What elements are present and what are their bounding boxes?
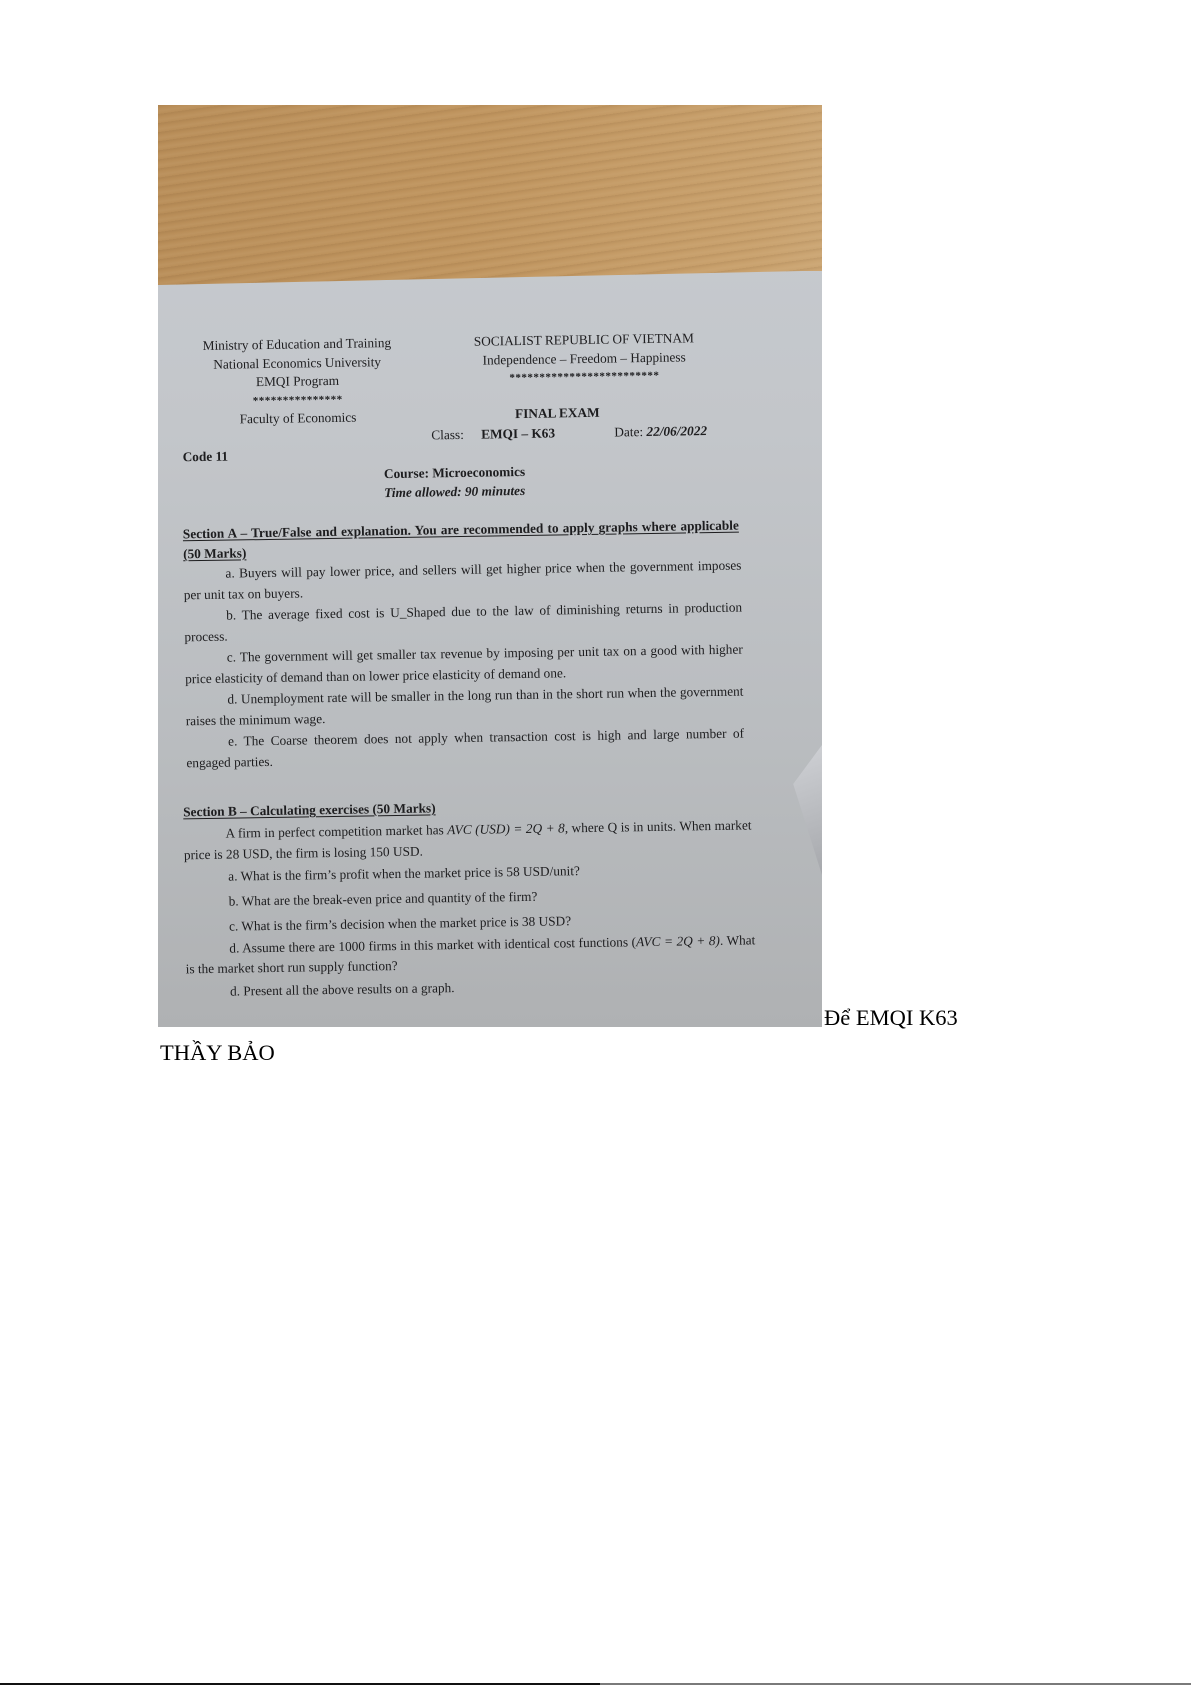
section-a-item: e. The Coarse theorem does not apply whe…	[186, 724, 745, 774]
course-name: Course: Microeconomics	[384, 464, 525, 483]
section-a-item: a. Buyers will pay lower price, and sell…	[183, 556, 742, 606]
caption-line-2: THẦY BẢO	[160, 1040, 275, 1066]
section-a-item: d. Unemployment rate will be smaller in …	[185, 682, 744, 732]
republic-header: SOCIALIST REPUBLIC OF VIETNAM Independen…	[444, 329, 725, 389]
section-a-item: b. The average fixed cost is U_Shaped du…	[184, 598, 743, 648]
faculty-line: Faculty of Economics	[183, 408, 413, 430]
university-line: National Economics University	[182, 352, 412, 374]
class-label: Class:	[431, 427, 464, 443]
date-value: 22/06/2022	[646, 423, 707, 439]
ministry-header: Ministry of Education and Training Natio…	[182, 334, 413, 430]
exam-code: Code 11	[183, 449, 229, 466]
question-d-formula: AVC = 2Q + 8)	[636, 933, 720, 949]
time-allowed: Time allowed: 90 minutes	[384, 483, 525, 502]
question-d-text: d. Assume there are 1000 firms in this m…	[229, 934, 636, 955]
section-a-items: a. Buyers will pay lower price, and sell…	[183, 556, 744, 775]
avc-formula: AVC (USD) = 2Q + 8	[447, 820, 565, 837]
class-date-line: Class: EMQI – K63 Date: 22/06/2022	[431, 423, 707, 444]
section-b-questions: a. What is the firm’s profit when the ma…	[184, 855, 756, 1004]
class-value: EMQI – K63	[481, 425, 555, 441]
exam-photo: Ministry of Education and Training Natio…	[158, 105, 822, 1027]
date-label: Date:	[614, 424, 643, 439]
section-b-heading: Section B – Calculating exercises (50 Ma…	[183, 800, 436, 821]
caption-line-1: Để EMQI K63	[824, 1005, 958, 1031]
exam-title: FINAL EXAM	[515, 405, 600, 423]
intro-text: A firm in perfect competition market has	[225, 822, 447, 840]
section-a-item: c. The government will get smaller tax r…	[185, 640, 744, 690]
